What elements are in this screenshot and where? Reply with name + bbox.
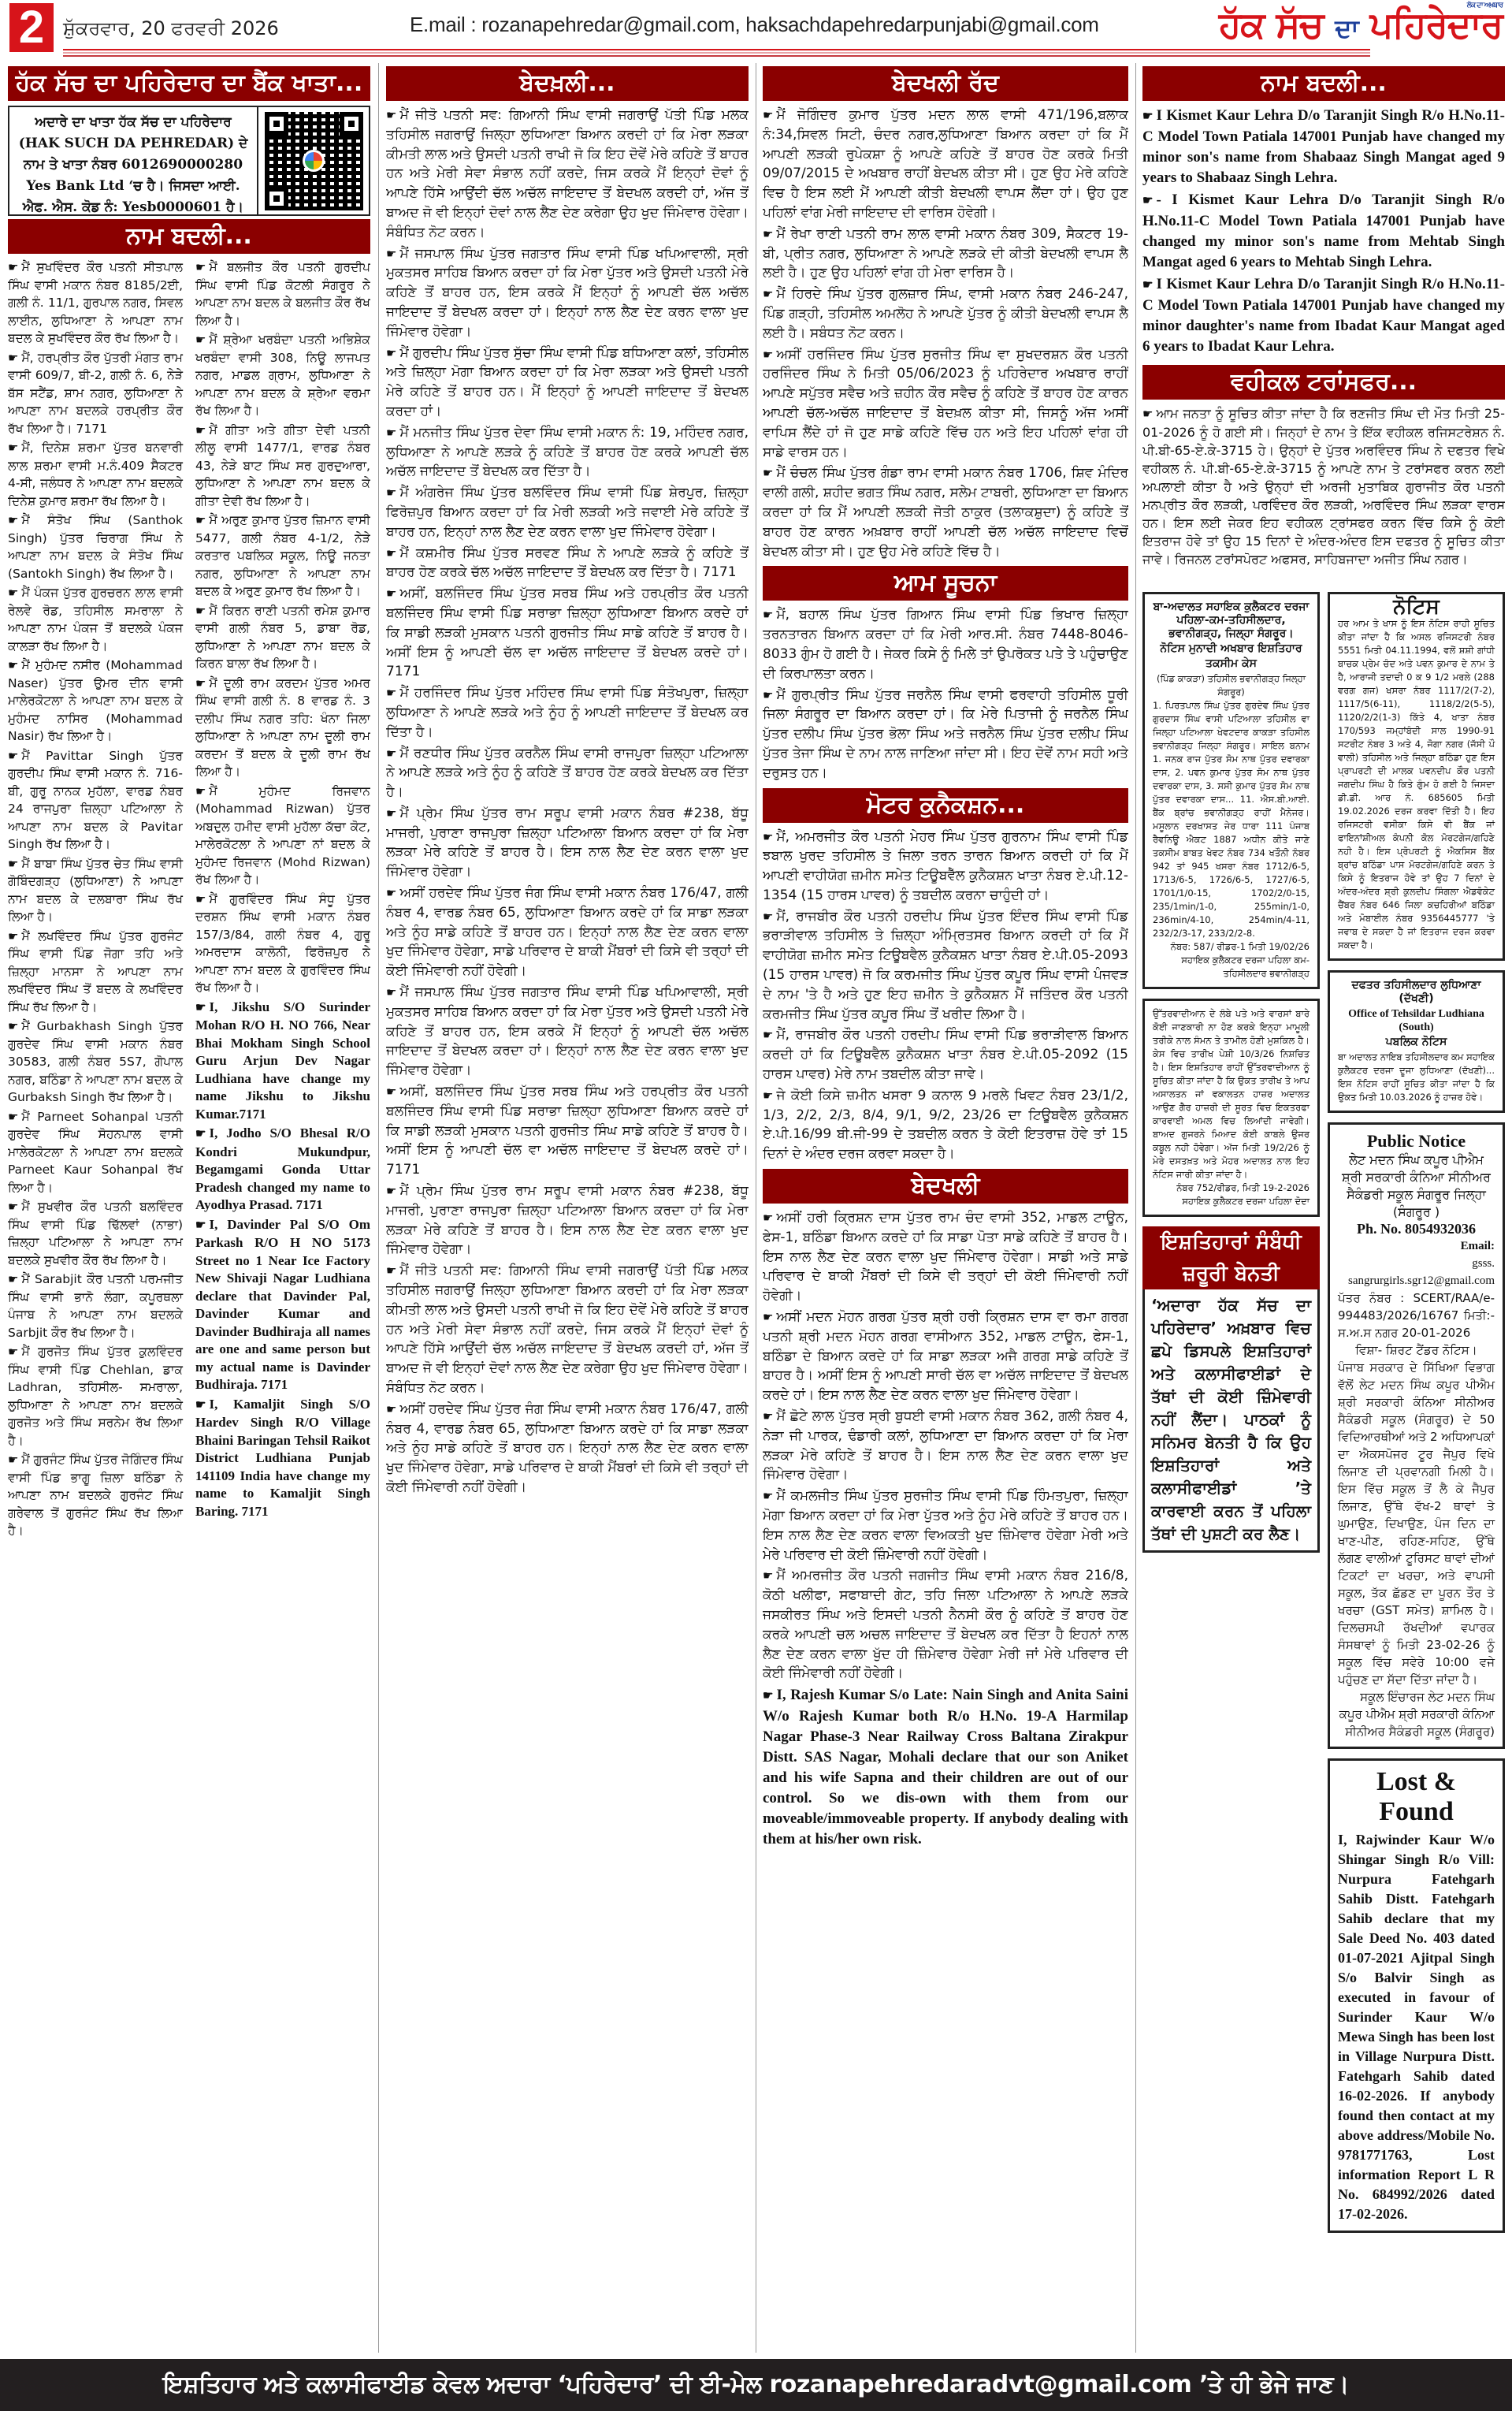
public-info-heading: ਆਮ ਸੂਚਨਾ [763, 566, 1128, 601]
notice-title: Public Notice [1338, 1131, 1495, 1152]
pointing-hand-icon: ☛ [386, 1402, 396, 1416]
pointing-hand-icon: ☛ [763, 227, 773, 241]
notices-grid: ਬਾ-ਅਦਾਲਤ ਸਹਾਇਕ ਕੁਲੈਕਟਰ ਦਰਜਾ ਪਹਿਲਾ-ਕਮ-ਤਹਿ… [1142, 592, 1505, 2233]
pointing-hand-icon: ☛ [763, 1028, 773, 1042]
disownment-cancel-list: ☛ਮੈਂ ਜੋਗਿੰਦਰ ਕੁਮਾਰ ਪੁੱਤਰ ਮਦਨ ਲਾਲ ਵਾਸੀ 47… [763, 106, 1128, 563]
public-info-list: ☛ਮੈਂ, ਬਹਾਲ ਸਿੰਘ ਪੁੱਤਰ ਗਿਆਨ ਸਿੰਘ ਵਾਸੀ ਪਿੰ… [763, 605, 1128, 784]
pointing-hand-icon: ☛ [8, 586, 18, 600]
pointing-hand-icon: ☛ [8, 1453, 18, 1467]
pointing-hand-icon: ☛ [1142, 407, 1153, 421]
newspaper-logo: ਹੱਕ ਸੱਚ ਦਾ ਪਹਿਰੇਦਾਰ ਲੋਕ ਦਾ ਅਖ਼ਬਾਰ [1219, 3, 1503, 47]
pointing-hand-icon: ☛ [386, 426, 396, 440]
list-item: ☛ਮੈਂ ਗੁਰਪ੍ਰੀਤ ਸਿੰਘ ਪੁੱਤਰ ਜਰਨੈਲ ਸਿੰਘ ਵਾਸੀ… [763, 686, 1128, 783]
disownment-heading: ਬੇਦਖ਼ਲੀ... [386, 66, 749, 101]
list-item: ☛ਮੈਂ ਗੁਰਦੀਪ ਸਿੰਘ ਪੁੱਤਰ ਸੁੱਚਾ ਸਿੰਘ ਵਾਸੀ ਪ… [386, 344, 749, 422]
list-item: ☛ਅਸੀਂ, ਬਲਜਿੰਦਰ ਸਿੰਘ ਪੁੱਤਰ ਸਰਬ ਸਿੰਘ ਅਤੇ ਹ… [386, 1082, 749, 1180]
list-item: ☛ਮੈਂ ਰੇਖਾ ਰਾਣੀ ਪਤਨੀ ਰਾਮ ਲਾਲ ਵਾਸੀ ਮਕਾਨ ਨੰ… [763, 225, 1128, 283]
pointing-hand-icon: ☛ [386, 247, 396, 261]
pointing-hand-icon: ☛ [386, 806, 396, 820]
header-email: E.mail : rozanapehredar@gmail.com, haksa… [410, 13, 1099, 37]
pointing-hand-icon: ☛ [195, 333, 206, 347]
list-item: ☛ਮੈਂ ਅਮਰਜੀਤ ਕੌਰ ਪਤਨੀ ਜਗਜੀਤ ਸਿੰਘ ਵਾਸੀ ਮਕਾ… [763, 1566, 1128, 1684]
list-item: ☛ਅਸੀਂ ਹਰਦੇਵ ਸਿੰਘ ਪੁੱਤਰ ਜੰਗ ਸਿੰਘ ਵਾਸੀ ਮਕਾ… [386, 1400, 749, 1498]
column-3: ਬੇਦਖਲੀ ਰੱਦ ☛ਮੈਂ ਜੋਗਿੰਦਰ ਕੁਮਾਰ ਪੁੱਤਰ ਮਦਨ … [763, 63, 1128, 2345]
list-item: ☛ਮੈਂ ਸੁਖਵੀਰ ਕੌਰ ਪਤਨੀ ਬਲਵਿੰਦਰ ਸਿੰਘ ਵਾਸੀ ਪ… [8, 1198, 183, 1269]
lost-found-body: I, Rajwinder Kaur W/o Shingar Singh R/o … [1338, 1830, 1495, 2224]
pointing-hand-icon: ☛ [763, 466, 773, 480]
list-item: ☛ਮੈਂ ਪੰਕਜ ਪੁੱਤਰ ਗੁਰਚਰਨ ਲਾਲ ਵਾਸੀ ਰੇਲਵੇ ਰੋ… [8, 584, 183, 655]
column-divider [756, 63, 756, 2353]
list-item: ☛ਮੈਂ, ਦਿਨੇਸ਼ ਸ਼ਰਮਾ ਪੁੱਤਰ ਬਨਵਾਰੀ ਲਾਲ ਸ਼ਰਮ… [8, 439, 183, 510]
disownment-cancel-heading: ਬੇਦਖਲੀ ਰੱਦ [763, 66, 1128, 101]
list-item: ☛I Kismet Kaur Lehra D/o Taranjit Singh … [1142, 274, 1505, 357]
list-item: ☛ਅਸੀਂ ਹਰਜਿੰਦਰ ਸਿੰਘ ਪੁੱਤਰ ਸੁਰਜੀਤ ਸਿੰਘ ਵਾ … [763, 345, 1128, 463]
pointing-hand-icon: ☛ [386, 1263, 396, 1278]
pointing-hand-icon: ☛ [386, 746, 396, 761]
list-item: ☛I, Kamaljit Singh S/O Hardev Singh R/O … [195, 1396, 370, 1521]
name-change-en-heading: ਨਾਮ ਬਦਲੀ... [1142, 66, 1505, 101]
pointing-hand-icon: ☛ [8, 1019, 18, 1033]
bank-line: (HAK SUCH DA PEHREDAR) ਦੇ [13, 133, 254, 154]
pointing-hand-icon: ☛ [386, 546, 396, 560]
motor-connection-heading: ਮੋਟਰ ਕੁਨੈਕਸ਼ਨ... [763, 788, 1128, 823]
appeal-box: ‘ਅਦਾਰਾ ਹੱਕ ਸੱਚ ਦਾ ਪਹਿਰੇਦਾਰ’ ਅਖ਼ਬਾਰ ਵਿਚ ਛ… [1142, 1289, 1320, 1553]
school-phone: Ph. No. 8054932036 [1338, 1221, 1495, 1237]
notice-heading: ਬਾ-ਅਦਾਲਤ ਸਹਾਇਕ ਕੁਲੈਕਟਰ ਦਰਜਾ ਪਹਿਲਾ-ਕਮ-ਤਹਿ… [1153, 601, 1310, 641]
pointing-hand-icon: ☛ [763, 1489, 773, 1503]
logo-pehredar: ਪਹਿਰੇਦਾਰ [1370, 3, 1503, 46]
masthead: 2 ਸ਼ੁੱਕਰਵਾਰ, 20 ਫਰਵਰੀ 2026 E.mail : roza… [0, 0, 1512, 57]
column-divider [1135, 63, 1136, 2353]
column-2: ਬੇਦਖ਼ਲੀ... ☛ਮੈਂ ਜੀਤੋ ਪਤਨੀ ਸਵ: ਗਿਆਨੀ ਸਿੰਘ… [386, 63, 749, 2345]
list-item: ☛ਮੈਂ ਗੁਰਜੋਤ ਸਿੰਘ ਪੁੱਤਰ ਕੁਲਵਿੰਦਰ ਸਿੰਘ ਵਾਸ… [8, 1343, 183, 1449]
name-change-en-list: ☛I Kismet Kaur Lehra D/o Taranjit Singh … [1142, 106, 1505, 357]
pointing-hand-icon: ☛ [386, 985, 396, 999]
list-item: ☛ਮੈਂ ਜੋਗਿੰਦਰ ਕੁਮਾਰ ਪੁੱਤਰ ਮਦਨ ਲਾਲ ਵਾਸੀ 47… [763, 106, 1128, 223]
pointing-hand-icon: ☛ [8, 1110, 18, 1124]
disownment-2-list: ☛ਅਸੀਂ ਹਰੀ ਕ੍ਰਿਸ਼ਨ ਦਾਸ ਪੁੱਤਰ ਰਾਮ ਚੰਦ ਵਾਸੀ… [763, 1208, 1128, 1851]
name-change-list: ☛ਮੈਂ ਸੁਖਵਿੰਦਰ ਕੌਰ ਪਤਨੀ ਸੀਤਪਾਲ ਸਿੰਘ ਵਾਸੀ … [8, 259, 370, 1540]
page-number: 2 [9, 3, 54, 52]
list-item: ☛ਮੈਂ ਕਸ਼ਮੀਰ ਸਿੰਘ ਪੁੱਤਰ ਸਰਵਣ ਸਿੰਘ ਨੇ ਆਪਣੇ… [386, 544, 749, 583]
lost-and-found-box: Lost & Found I, Rajwinder Kaur W/o Shing… [1328, 1758, 1505, 2233]
list-item: ☛ਮੈਂ ਹਿਰਦੇ ਸਿੰਘ ਪੁੱਤਰ ਗੁਲਜ਼ਾਰ ਸਿੰਘ, ਵਾਸੀ… [763, 285, 1128, 343]
list-item: ☛ਮੈਂ, ਹਰਪ੍ਰੀਤ ਕੌਰ ਪੁੱਤਰੀ ਮੰਗਤ ਰਾਮ ਵਾਸੀ 6… [8, 349, 183, 438]
name-change-heading: ਨਾਮ ਬਦਲੀ... [8, 219, 370, 254]
list-item: ☛- I Kismet Kaur Lehra D/o Taranjit Sing… [1142, 190, 1505, 273]
list-item: ☛ਅਸੀਂ ਹਰਦੇਵ ਸਿੰਘ ਪੁੱਤਰ ਜੰਗ ਸਿੰਘ ਵਾਸੀ ਮਕਾ… [386, 884, 749, 981]
pointing-hand-icon: ☛ [195, 604, 206, 618]
list-item: ☛ਮੈਂ ਪ੍ਰੇਮ ਸਿੰਘ ਪੁੱਤਰ ਰਾਮ ਸਰੂਪ ਵਾਸੀ ਮਕਾਨ… [386, 1181, 749, 1259]
column-divider [378, 63, 379, 2353]
pointing-hand-icon: ☛ [386, 108, 396, 122]
logo-tagline: ਲੋਕ ਦਾ ਅਖ਼ਬਾਰ [1467, 2, 1503, 9]
list-item: ☛ਮੈਂ, ਰਾਜਬੀਰ ਕੌਰ ਪਤਨੀ ਹਰਦੀਪ ਸਿੰਘ ਪੁੱਤਰ ਇ… [763, 907, 1128, 1025]
lost-found-title: Lost & Found [1338, 1767, 1495, 1827]
column-1: ਹੱਕ ਸੱਚ ਦਾ ਪਹਿਰੇਦਾਰ ਦਾ ਬੈਂਕ ਖਾਤਾ... ਅਦਾਰ… [8, 63, 370, 2345]
list-item: ☛ਮੈਂ Parneet Sohanpal ਪਤਨੀ ਗੁਰਦੇਵ ਸਿੰਘ ਸ… [8, 1108, 183, 1197]
list-item: ☛ਮੈਂ ਛੋਟੇ ਲਾਲ ਪੁੱਤਰ ਸ੍ਰੀ ਬੁਧਈ ਵਾਸੀ ਮਕਾਨ … [763, 1407, 1128, 1485]
pointing-hand-icon: ☛ [8, 1200, 18, 1214]
pointing-hand-icon: ☛ [1142, 110, 1153, 123]
list-item: ☛I Kismet Kaur Lehra D/o Taranjit Singh … [1142, 106, 1505, 188]
notice-body: 1. ਪਿਰਤਪਾਲ ਸਿੰਘ ਪੁੱਤਰ ਗੁਰਦੇਵ ਸਿੰਘ ਪੁੱਤਰ … [1153, 699, 1310, 940]
list-item: ☛ਮੈਂ ਜਸਪਾਲ ਸਿੰਘ ਪੁੱਤਰ ਜਗਤਾਰ ਸਿੰਘ ਵਾਸੀ ਪਿ… [386, 244, 749, 342]
notice-signature: ਸਕੂਲ ਇੰਚਾਰਜ ਲੇਟ ਮਦਨ ਸਿੰਘ [1338, 1688, 1495, 1706]
pointing-hand-icon: ☛ [763, 608, 773, 622]
pointing-hand-icon: ☛ [763, 910, 773, 924]
logo-hak: ਹੱਕ ਸੱਚ [1219, 3, 1323, 46]
bank-ifsc: ਐਫ. ਐਸ. ਕੋਡ ਨੰ: Yesb0000601 ਹੈ। [13, 197, 254, 218]
list-item: ☛ਮੈਂ, ਬਹਾਲ ਸਿੰਘ ਪੁੱਤਰ ਗਿਆਨ ਸਿੰਘ ਵਾਸੀ ਪਿੰ… [763, 605, 1128, 683]
list-item: ☛ਮੈਂ ਸੁਖਵਿੰਦਰ ਕੌਰ ਪਤਨੀ ਸੀਤਪਾਲ ਸਿੰਘ ਵਾਸੀ … [8, 259, 183, 348]
list-item: ☛I, Jikshu S/O Surinder Mohan R/O H. NO … [195, 999, 370, 1124]
pointing-hand-icon: ☛ [386, 1085, 396, 1099]
notice-signature: ਸੀਨੀਅਰ ਸੈਕੰਡਰੀ ਸਕੂਲ (ਸੰਗਰੂਰ) [1338, 1723, 1495, 1740]
notice-body: ਪੰਜਾਬ ਸਰਕਾਰ ਦੇ ਸਿੱਖਿਆ ਵਿਭਾਗ ਵੱਲੋਂ ਲੇਟ ਮਦ… [1338, 1359, 1495, 1688]
pointing-hand-icon: ☛ [195, 1219, 206, 1232]
list-item: ☛I, Rajesh Kumar S/o Late: Nain Singh an… [763, 1685, 1128, 1850]
list-item: ☛ਮੈਂ ਮਨਜੀਤ ਸਿੰਘ ਪੁੱਤਰ ਦੇਵਾ ਸਿੰਘ ਵਾਸੀ ਮਕਾ… [386, 423, 749, 482]
list-item: ☛ਮੈਂ Sarabjit ਕੌਰ ਪਤਨੀ ਪਰਮਜੀਤ ਸਿੰਘ ਵਾਸੀ … [8, 1271, 183, 1341]
list-item: ☛ਅਸੀਂ, ਬਲਜਿੰਦਰ ਸਿੰਘ ਪੁੱਤਰ ਸਰਬ ਸਿੰਘ ਅਤੇ ਹ… [386, 584, 749, 682]
payment-qr-code[interactable] [257, 107, 369, 214]
pointing-hand-icon: ☛ [8, 441, 18, 455]
pointing-hand-icon: ☛ [195, 1002, 206, 1014]
pointing-hand-icon: ☛ [195, 423, 206, 437]
vehicle-transfer-text: ☛ਆਮ ਜਨਤਾ ਨੂੰ ਸੂਚਿਤ ਕੀਤਾ ਜਾਂਦਾ ਹੈ ਕਿ ਰਣਜੀ… [1142, 404, 1505, 568]
list-item: ☛ਮੈਂ ਮੁਹੰਮਦ ਨਸੀਰ (Mohammad Naser) ਪੁੱਤਰ … [8, 657, 183, 746]
list-item: ☛ਮੈਂ ਅਰੁਣ ਕੁਮਾਰ ਪੁੱਤਰ ਜ਼ਿਮਾਨ ਵਾਸੀ 5477, … [195, 512, 370, 601]
pointing-hand-icon: ☛ [386, 886, 396, 900]
pointing-hand-icon: ☛ [763, 1211, 773, 1225]
list-item: ☛ਮੈਂ ਰਣਧੀਰ ਸਿੰਘ ਪੁੱਤਰ ਕਰਨੈਲ ਸਿੰਘ ਵਾਸੀ ਰਾ… [386, 744, 749, 802]
pointing-hand-icon: ☛ [195, 784, 206, 798]
list-item: ☛ਮੈਂ ਗੀਤਾ ਅਤੇ ਗੀਤਾ ਦੇਵੀ ਪਤਨੀ ਲੀਲੂ ਵਾਸੀ 1… [195, 422, 370, 511]
list-item: ☛ਮੈਂ ਪ੍ਰੇਮ ਸਿੰਘ ਪੁੱਤਰ ਰਾਮ ਸਰੂਪ ਵਾਸੀ ਮਕਾਨ… [386, 804, 749, 882]
pointing-hand-icon: ☛ [386, 1184, 396, 1198]
pointing-hand-icon: ☛ [763, 1088, 773, 1103]
bank-account-box: ਅਦਾਰੇ ਦਾ ਖਾਤਾ ਹੱਕ ਸੱਚ ਦਾ ਪਹਿਰੇਦਾਰ (HAK S… [8, 106, 370, 216]
list-item: ☛ਮੈਂ ਗੁਰਵਿੰਦਰ ਸਿੰਘ ਸੰਧੂ ਪੁੱਤਰ ਦਰਸ਼ਨ ਸਿੰਘ… [195, 891, 370, 997]
bank-details: ਅਦਾਰੇ ਦਾ ਖਾਤਾ ਹੱਕ ਸੱਚ ਦਾ ਪਹਿਰੇਦਾਰ (HAK S… [9, 107, 257, 214]
notice-bathinda: ਨੋਟਿਸ ਹਰ ਆਮ ਤੇ ਖਾਸ ਨੂੰ ਇਸ ਨੋਟਿਸ ਰਾਹੀ ਸੂਚ… [1328, 592, 1505, 961]
pointing-hand-icon: ☛ [763, 688, 773, 702]
qr-code-icon [265, 112, 363, 210]
list-item: ☛ਮੈਂ ਬਲਜੀਤ ਕੌਰ ਪਤਨੀ ਗੁਰਦੀਪ ਸਿੰਘ ਵਾਸੀ ਪਿੰ… [195, 259, 370, 329]
logo-da: ਦਾ [1335, 13, 1358, 43]
pointing-hand-icon: ☛ [8, 929, 18, 943]
list-item: ☛ਮੈਂ Gurbakhash Singh ਪੁੱਤਰ ਗੁਰਦੇਵ ਸਿੰਘ … [8, 1018, 183, 1107]
pointing-hand-icon: ☛ [386, 486, 396, 500]
list-item: ☛ਮੈਂ ਚੰਚਲ ਸਿੰਘ ਪੁੱਤਰ ਗੰਡਾ ਰਾਮ ਵਾਸੀ ਮਕਾਨ … [763, 463, 1128, 561]
email-label: Email: [1338, 1237, 1495, 1255]
notice-heading: Office of Tehsildar Ludhiana (South) [1338, 1007, 1495, 1034]
pointing-hand-icon: ☛ [763, 1310, 773, 1324]
footer-banner: ਇਸ਼ਤਿਹਾਰ ਅਤੇ ਕਲਾਸੀਫਾਈਡ ਕੇਵਲ ਅਦਾਰਾ ‘ਪਹਿਰੇ… [0, 2359, 1512, 2411]
list-item: ☛ਮੈਂ ਦੂਲੀ ਰਾਮ ਕਰਦਮ ਪੁੱਤਰ ਅਮਰ ਸਿੰਘ ਵਾਸੀ ਗ… [195, 675, 370, 781]
list-item: ☛ਮੈਂ ਸ਼੍ਰੇਆ ਖਰਬੰਦਾ ਪਤਨੀ ਅਭਿਸ਼ੇਕ ਖਰਬੰਦਾ ਵ… [195, 331, 370, 420]
list-item: ☛ਮੈਂ ਜੀਤੋ ਪਤਨੀ ਸਵ: ਗਿਆਨੀ ਸਿੰਘ ਵਾਸੀ ਜਗਰਾਉ… [386, 106, 749, 243]
notice-subject: ਵਿਸ਼ਾ- ਸ਼ਿਰਟ ਟੈਂਡਰ ਨੋਟਿਸ। [1338, 1341, 1495, 1359]
bank-account-number: ਨਾਮ ਤੇ ਖਾਤਾ ਨੰਬਰ 6012690000280 [13, 154, 254, 176]
list-item: ☛ਮੈਂ ਮੁਹੰਮਦ ਰਿਜਵਾਨ (Mohammad Rizwan) ਪੁੱ… [195, 783, 370, 889]
bank-line: ਅਦਾਰੇ ਦਾ ਖਾਤਾ ਹੱਕ ਸੱਚ ਦਾ ਪਹਿਰੇਦਾਰ [13, 112, 254, 133]
list-item: ☛ਮੈਂ Pavittar Singh ਪੁੱਤਰ ਗੁਰਦੀਪ ਸਿੰਘ ਵਾ… [8, 747, 183, 854]
list-item: ☛ਮੈਂ ਹਰਜਿੰਦਰ ਸਿੰਘ ਪੁੱਤਰ ਮਹਿੰਦਰ ਸਿੰਘ ਵਾਸੀ… [386, 683, 749, 742]
notice-body: ਹਰ ਆਮ ਤੇ ਖਾਸ ਨੂੰ ਇਸ ਨੋਟਿਸ ਰਾਹੀ ਸੂਚਿਤ ਕੀਤ… [1338, 617, 1495, 952]
list-item: ☛ਮੈਂ ਸੰਤੋਖ ਸਿੰਘ (Santhok Singh) ਪੁੱਤਰ ਚਿ… [8, 512, 183, 582]
pointing-hand-icon: ☛ [8, 513, 18, 527]
pointing-hand-icon: ☛ [8, 1345, 18, 1359]
notice-signature: ਕਪੂਰ ਪੀਐਮ ਸ਼੍ਰੀ ਸਰਕਾਰੀ ਕੰਨਿਆ [1338, 1706, 1495, 1723]
notice-signature: ਨੰਬਰ 752/ਰੀਡਰ, ਮਿਤੀ 19-2-2026 ਸਹਾਇਕ ਕੁਲੈ… [1153, 1181, 1310, 1208]
school-email: gsss. sangrurgirls.sgr12@gmail.com [1338, 1255, 1495, 1289]
pointing-hand-icon: ☛ [763, 108, 773, 122]
pointing-hand-icon: ☛ [8, 1272, 18, 1286]
header-rules [63, 49, 1370, 58]
pointing-hand-icon: ☛ [195, 1128, 206, 1140]
disownment-list: ☛ਮੈਂ ਜੀਤੋ ਪਤਨੀ ਸਵ: ਗਿਆਨੀ ਸਿੰਘ ਵਾਸੀ ਜਗਰਾਉ… [386, 106, 749, 1499]
pointing-hand-icon: ☛ [763, 1409, 773, 1423]
appeal-heading: ਇਸ਼ਤਿਹਾਰਾਂ ਸੰਬੰਧੀ ਜ਼ਰੂਰੀ ਬੇਨਤੀ [1142, 1226, 1320, 1289]
issue-date: ਸ਼ੁੱਕਰਵਾਰ, 20 ਫਰਵਰੀ 2026 [63, 17, 279, 39]
pointing-hand-icon: ☛ [763, 348, 773, 362]
list-item: ☛ਮੈਂ ਕਿਰਨ ਰਾਣੀ ਪਤਨੀ ਰਮੇਸ਼ ਕੁਮਾਰ ਵਾਸੀ ਗਲੀ… [195, 602, 370, 673]
notice-title: ਨੋਟਿਸ [1338, 601, 1495, 614]
pointing-hand-icon: ☛ [386, 346, 396, 360]
notice-heading: ਪਬਲਿਕ ਨੋਟਿਸ [1338, 1036, 1495, 1049]
list-item: ☛ਮੈਂ, ਰਾਜਬੀਰ ਕੌਰ ਪਤਨੀ ਹਰਦੀਪ ਸਿੰਘ ਵਾਸੀ ਪਿ… [763, 1025, 1128, 1084]
pointing-hand-icon: ☛ [8, 351, 18, 365]
list-item: ☛ਅਸੀਂ ਹਰੀ ਕ੍ਰਿਸ਼ਨ ਦਾਸ ਪੁੱਤਰ ਰਾਮ ਚੰਦ ਵਾਸੀ… [763, 1208, 1128, 1306]
pointing-hand-icon: ☛ [195, 1399, 206, 1412]
motor-connection-list: ☛ਮੈਂ, ਅਮਰਜੀਤ ਕੌਰ ਪਤਨੀ ਮੇਹਰ ਸਿੰਘ ਪੁੱਤਰ ਗੁ… [763, 828, 1128, 1166]
column-4: ਨਾਮ ਬਦਲੀ... ☛I Kismet Kaur Lehra D/o Tar… [1142, 63, 1505, 2345]
vehicle-transfer-heading: ਵਹੀਕਲ ਟਰਾਂਸਫਰ... [1142, 365, 1505, 400]
pointing-hand-icon: ☛ [8, 857, 18, 871]
notice-heading: ਨੋਟਿਸ ਮੁਨਾਦੀ ਅਖਬਾਰ ਇਸ਼ਤਿਹਾਰ [1153, 642, 1310, 656]
pointing-hand-icon: ☛ [386, 586, 396, 601]
pointing-hand-icon: ☛ [763, 1568, 773, 1583]
list-item: ☛ਮੈਂ ਜੀਤੋ ਪਤਨੀ ਸਵ: ਗਿਆਨੀ ਸਿੰਘ ਵਾਸੀ ਜਗਰਾਉ… [386, 1261, 749, 1398]
pointing-hand-icon: ☛ [386, 686, 396, 700]
pointing-hand-icon: ☛ [8, 658, 18, 672]
notice-heading: ਦਫਤਰ ਤਹਿਸੀਲਦਾਰ ਲੁਧਿਆਣਾ (ਦੱਖਣੀ) [1338, 979, 1495, 1006]
list-item: ☛ਜੇ ਕੋਈ ਕਿਸੇ ਜ਼ਮੀਨ ਖਸਰਾ 9 ਕਨਾਲ 9 ਮਰਲੇ ਖਿ… [763, 1086, 1128, 1164]
notice-signature: ਨੰਬਰ: 587/ ਰੀਡਰ-1 ਮਿਤੀ 19/02/26 ਸਹਾਇਕ ਕੁ… [1153, 940, 1310, 980]
list-item: ☛ਮੈਂ ਜਸਪਾਲ ਸਿੰਘ ਪੁੱਤਰ ਜਗਤਾਰ ਸਿੰਘ ਵਾਸੀ ਪਿ… [386, 983, 749, 1081]
pointing-hand-icon: ☛ [763, 287, 773, 301]
list-item: ☛ਮੈਂ ਲਖਵਿੰਦਰ ਸਿੰਘ ਪੁੱਤਰ ਗੁਰਜੰਟ ਸਿੰਘ ਵਾਸੀ… [8, 928, 183, 1017]
list-item: ☛ਮੈਂ ਬਾਬਾ ਸਿੰਘ ਪੁੱਤਰ ਚੇਤ ਸਿੰਘ ਵਾਸੀ ਗੋਬਿੰ… [8, 855, 183, 926]
list-item: ☛I, Jodho S/O Bhesal R/O Kondri Mukundpu… [195, 1125, 370, 1215]
list-item: ☛ਮੈਂ ਅੰਗਰੇਜ ਸਿੰਘ ਪੁੱਤਰ ਬਲਵਿੰਦਰ ਸਿੰਘ ਵਾਸੀ… [386, 483, 749, 541]
notice-body: ਬਾ ਅਦਾਲਤ ਨਾਇਬ ਤਹਿਸੀਲਦਾਰ ਕਮ ਸਹਾਇਕ ਕੁਲੈਕਟਰ… [1338, 1051, 1495, 1104]
bank-line: Yes Bank Ltd ‘ਚ ਹੈ। ਜਿਸਦਾ ਆਈ. [13, 176, 254, 197]
pointing-hand-icon: ☛ [8, 260, 18, 274]
pointing-hand-icon: ☛ [195, 892, 206, 906]
list-item: ☛ਮੈਂ, ਅਮਰਜੀਤ ਕੌਰ ਪਤਨੀ ਮੇਹਰ ਸਿੰਘ ਪੁੱਤਰ ਗੁ… [763, 828, 1128, 906]
pointing-hand-icon: ☛ [195, 513, 206, 527]
court-notice-bhawanigarh: ਬਾ-ਅਦਾਲਤ ਸਹਾਇਕ ਕੁਲੈਕਟਰ ਦਰਜਾ ਪਹਿਲਾ-ਕਮ-ਤਹਿ… [1142, 592, 1320, 989]
tehsildar-ludhiana-notice: ਦਫਤਰ ਤਹਿਸੀਲਦਾਰ ਲੁਧਿਆਣਾ (ਦੱਖਣੀ) Office of… [1328, 970, 1505, 1113]
notice-heading: ਤਕਸੀਮ ਕੇਸ [1153, 657, 1310, 671]
pointing-hand-icon: ☛ [1142, 195, 1153, 207]
public-notice-school: Public Notice ਲੇਟ ਮਦਨ ਸਿੰਘ ਕਪੂਰ ਪੀਐਮ ਸ਼੍… [1328, 1122, 1505, 1749]
list-item: ☛ਮੈਂ ਗੁਰਜੰਟ ਸਿੰਘ ਪੁੱਤਰ ਜੋਗਿੰਦਰ ਸਿੰਘ ਵਾਸੀ… [8, 1451, 183, 1540]
list-item: ☛ਅਸੀਂ ਮਦਨ ਮੋਹਨ ਗਰਗ ਪੁੱਤਰ ਸ਼੍ਰੀ ਹਰੀ ਕ੍ਰਿਸ… [763, 1308, 1128, 1405]
pointing-hand-icon: ☛ [763, 1690, 773, 1702]
pointing-hand-icon: ☛ [8, 749, 18, 763]
pointing-hand-icon: ☛ [763, 830, 773, 844]
notice-subheading: (ਪਿੰਡ ਕਾਕੜਾ) ਤਹਿਸੀਲ ਭਵਾਨੀਗੜ੍ਹ ਜਿਲ੍ਹਾ ਸੰਗ… [1153, 672, 1310, 699]
school-name: ਲੇਟ ਮਦਨ ਸਿੰਘ ਕਪੂਰ ਪੀਐਮ ਸ਼੍ਰੀ ਸਰਕਾਰੀ ਕੰਨਿ… [1338, 1152, 1495, 1221]
list-item: ☛ਮੈਂ ਕਮਲਜੀਤ ਸਿੰਘ ਪੁੱਤਰ ਸੁਰਜੀਤ ਸਿੰਘ ਵਾਸੀ … [763, 1486, 1128, 1565]
pointing-hand-icon: ☛ [195, 676, 206, 690]
notice-body: ਉੱਤਰਵਾਦੀਆਨ ਦੇ ਲੰਬੇ ਪਤੇ ਅਤੇ ਵਾਰਸਾਂ ਬਾਰੇ ਕ… [1153, 1007, 1310, 1181]
bank-account-heading: ਹੱਕ ਸੱਚ ਦਾ ਪਹਿਰੇਦਾਰ ਦਾ ਬੈਂਕ ਖਾਤਾ... [8, 66, 370, 101]
list-item: ☛I, Davinder Pal S/O Om Parkash R/O H NO… [195, 1216, 370, 1394]
pointing-hand-icon: ☛ [1142, 279, 1153, 292]
letter-number: ਪੱਤਰ ਨੰਬਰ : SCERT/RAA/e-994483/2026/1676… [1338, 1289, 1495, 1341]
google-pay-icon [303, 150, 325, 172]
pointing-hand-icon: ☛ [195, 260, 206, 274]
disownment-2-heading: ਬੇਦਖਲੀ [763, 1169, 1128, 1204]
court-notice-generic: ਉੱਤਰਵਾਦੀਆਨ ਦੇ ਲੰਬੇ ਪਤੇ ਅਤੇ ਵਾਰਸਾਂ ਬਾਰੇ ਕ… [1142, 999, 1320, 1217]
